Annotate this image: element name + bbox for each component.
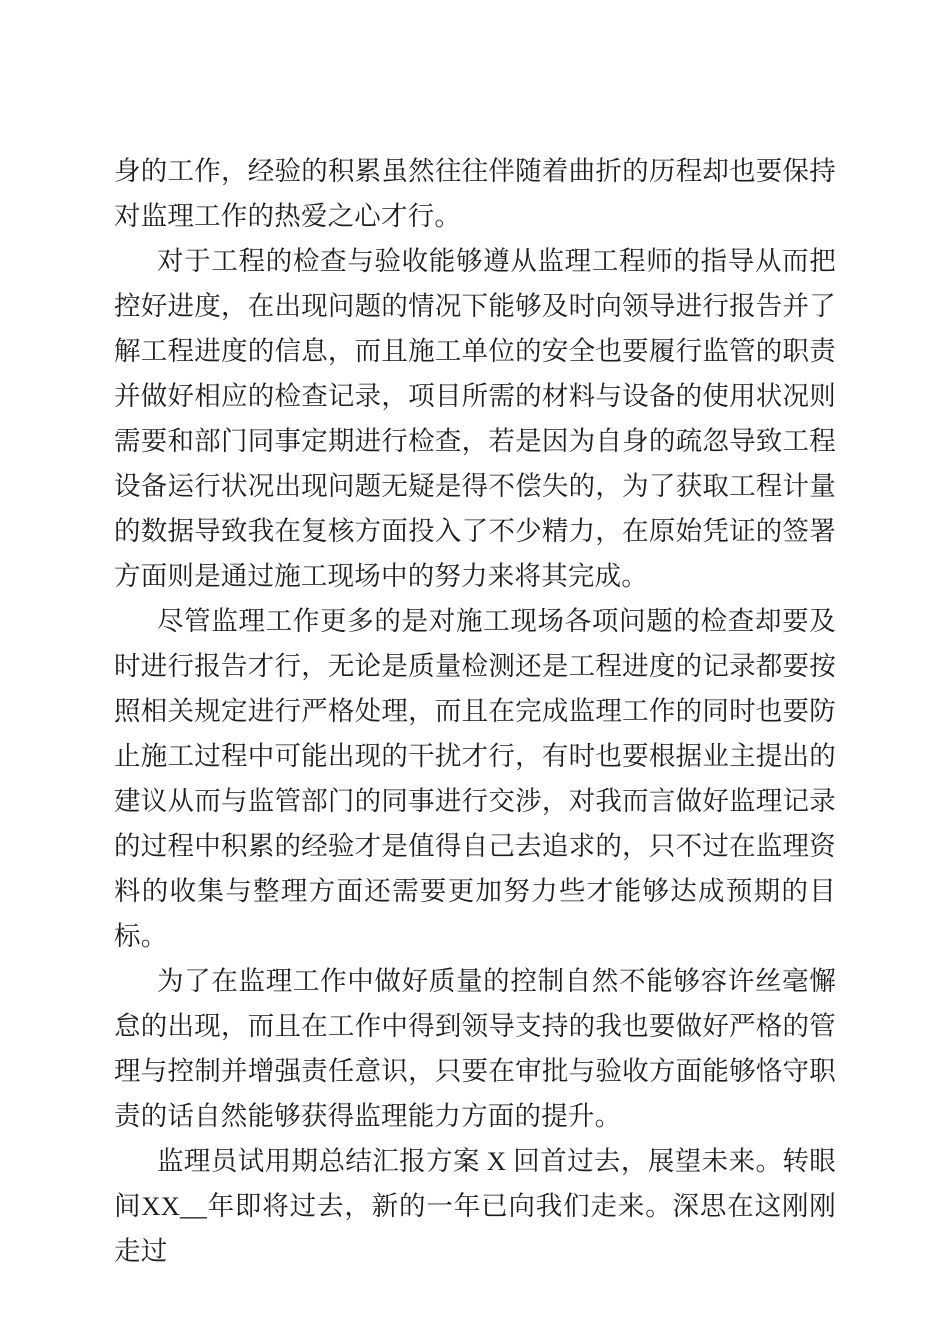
paragraph: 监理员试用期总结汇报方案 X 回首过去，展望未来。转眼间XX__年即将过去，新的… xyxy=(114,1139,836,1274)
paragraph: 尽管监理工作更多的是对施工现场各项问题的检查却要及时进行报告才行，无论是质量检测… xyxy=(114,599,836,959)
paragraph: 为了在监理工作中做好质量的控制自然不能够容许丝毫懈怠的出现，而且在工作中得到领导… xyxy=(114,959,836,1139)
document-viewport: { "document": { "language": "zh-CN", "ba… xyxy=(0,0,950,1344)
paragraph: 身的工作，经验的积累虽然往往伴随着曲折的历程却也要保持对监理工作的热爱之心才行。 xyxy=(114,149,836,239)
document-page: 身的工作，经验的积累虽然往往伴随着曲折的历程却也要保持对监理工作的热爱之心才行。… xyxy=(0,0,950,1344)
paragraph: 对于工程的检查与验收能够遵从监理工程师的指导从而把控好进度，在出现问题的情况下能… xyxy=(114,239,836,599)
